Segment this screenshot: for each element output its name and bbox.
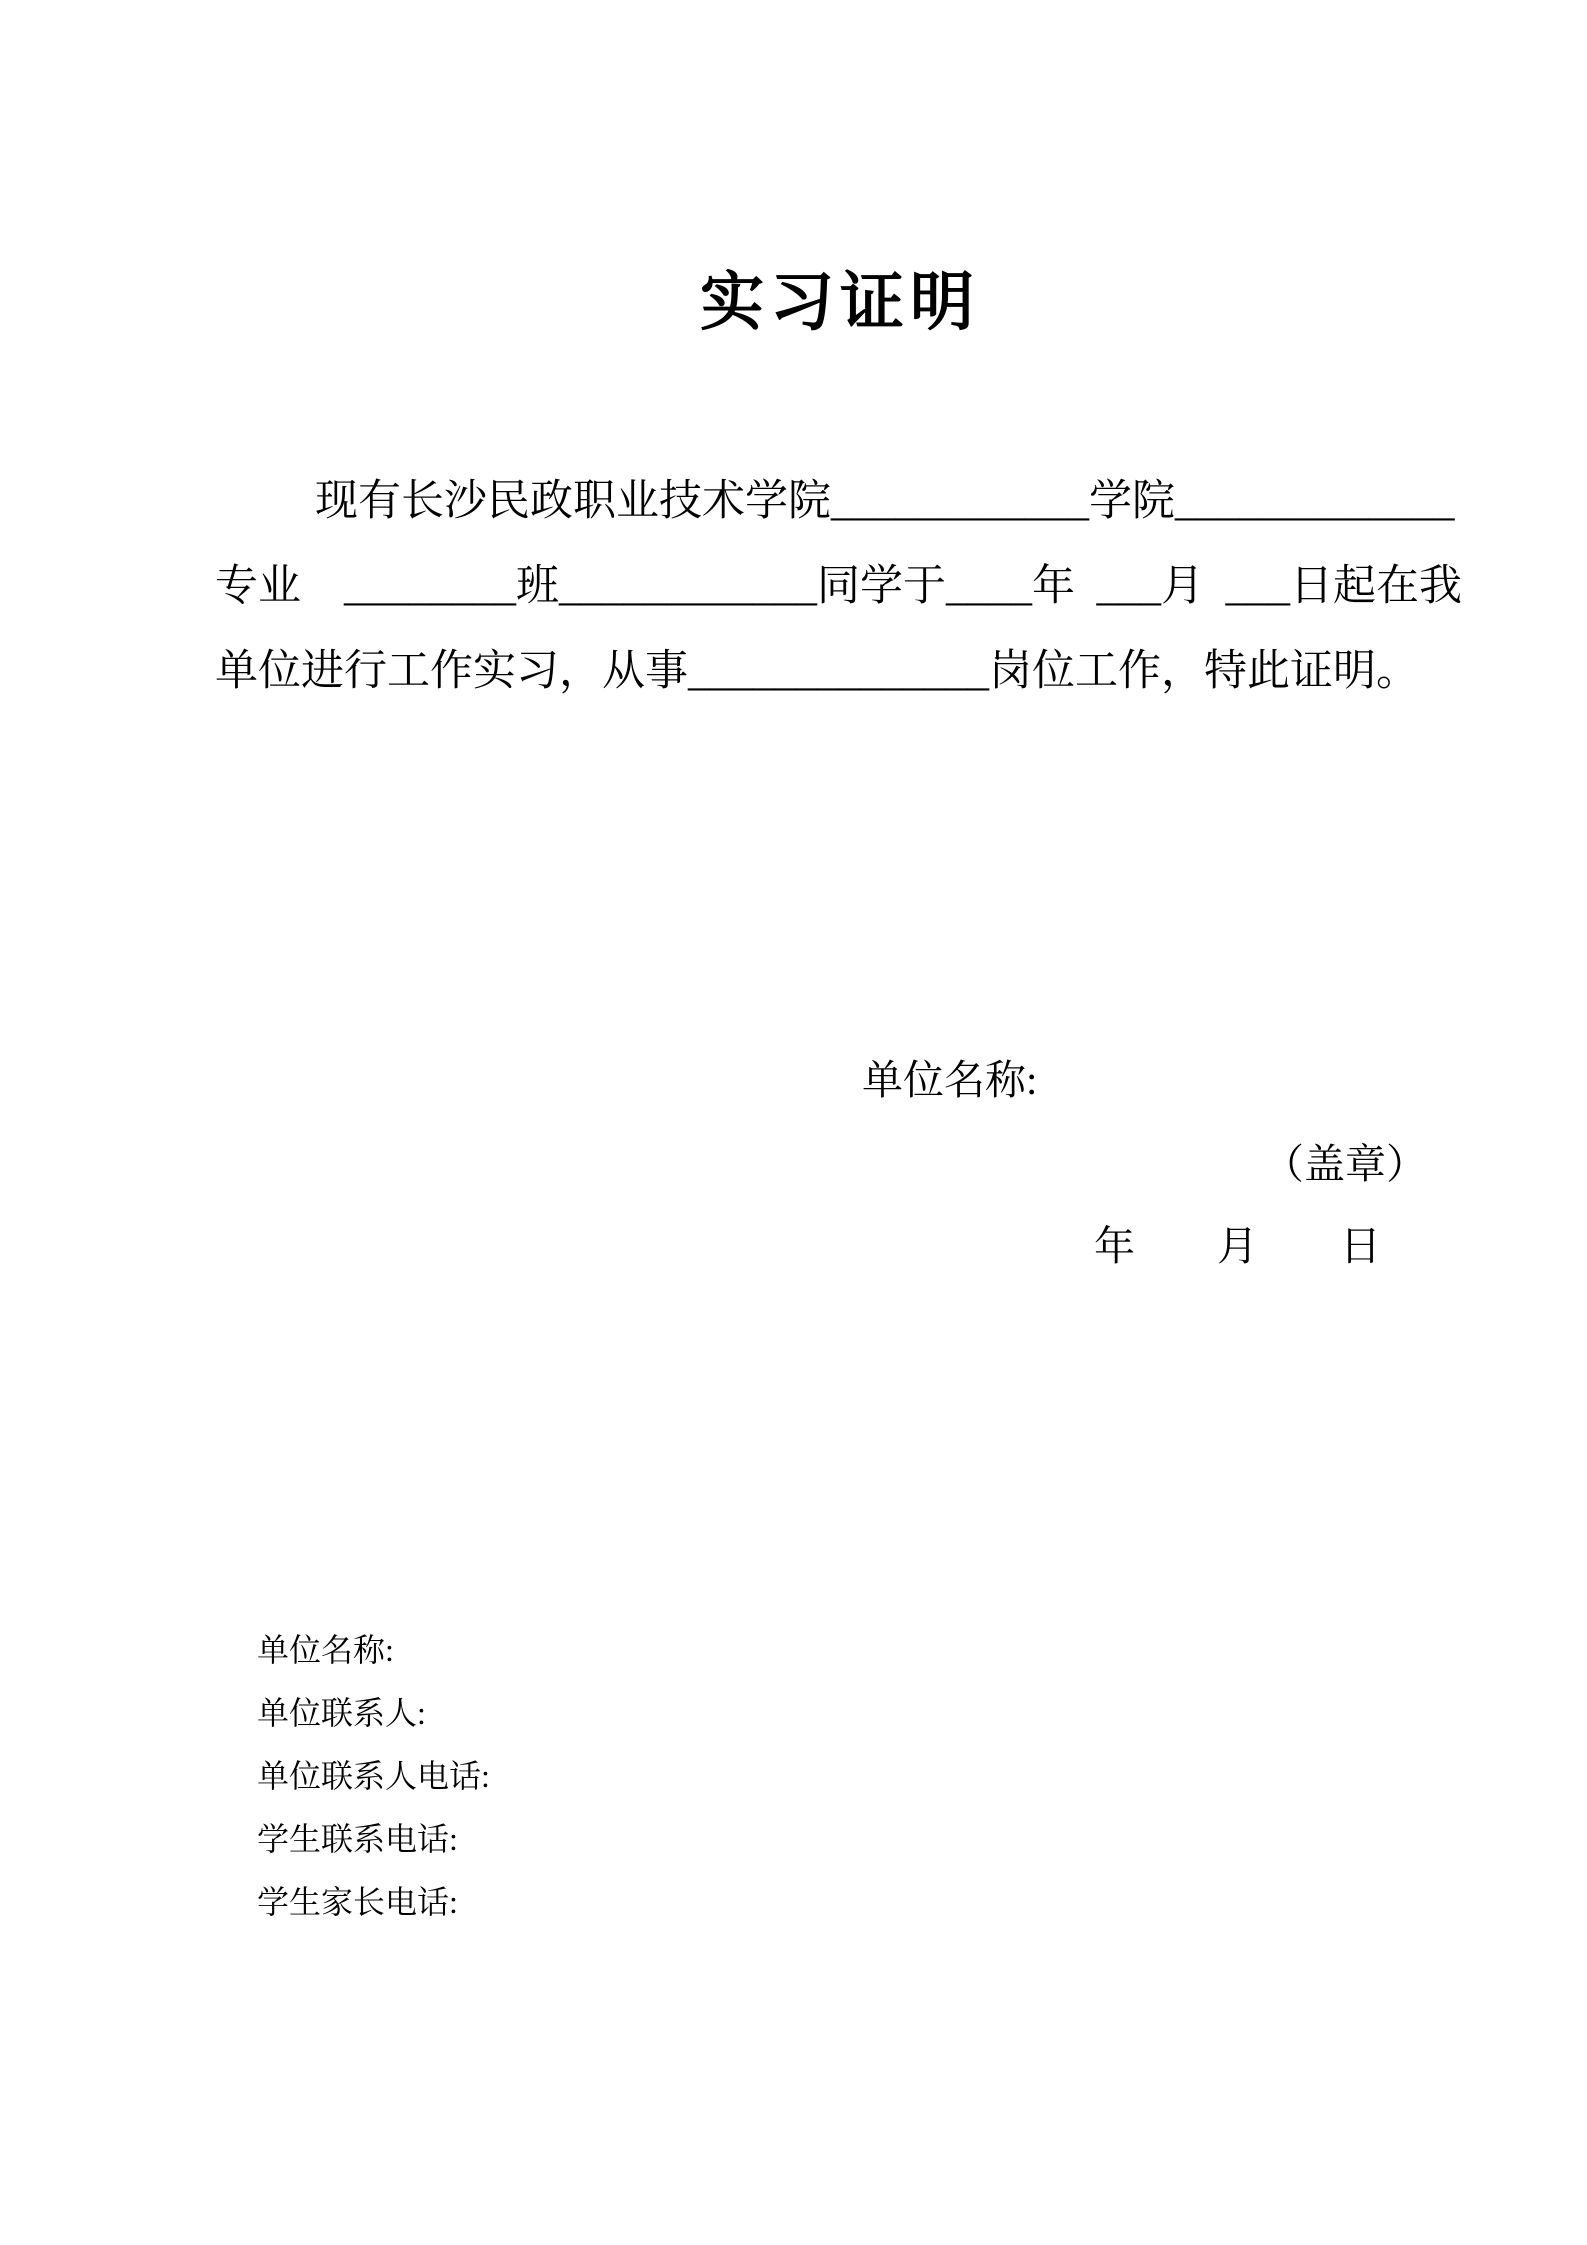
- contact-unit-name-label: 单位名称:: [257, 1619, 490, 1682]
- contact-unit-person-label: 单位联系人:: [257, 1682, 490, 1745]
- signature-seal-label: （盖章）: [1263, 1140, 1427, 1189]
- contact-info-block: 单位名称: 单位联系人: 单位联系人电话: 学生联系电话: 学生家长电话:: [257, 1619, 490, 1934]
- contact-student-phone-label: 学生联系电话:: [257, 1808, 490, 1871]
- certificate-page: 实习证明 现有长沙民政职业技术学院____________学院_________…: [0, 0, 1587, 2245]
- certificate-body: 现有长沙民政职业技术学院____________学院_____________ …: [215, 459, 1527, 714]
- contact-parent-phone-label: 学生家长电话:: [257, 1871, 490, 1934]
- signature-date-label: 年 月 日: [1094, 1222, 1381, 1271]
- signature-unit-name-label: 单位名称:: [862, 1056, 1037, 1105]
- page-title: 实习证明: [215, 266, 1465, 340]
- contact-unit-person-phone-label: 单位联系人电话:: [257, 1745, 490, 1808]
- body-line-school: 现有长沙民政职业技术学院____________学院_____________: [215, 459, 1527, 544]
- body-line-position-statement: 单位进行工作实习，从事______________岗位工作，特此证明。: [215, 629, 1527, 714]
- body-line-major-class-date: 专业 ________班____________同学于____年 ___月 __…: [215, 544, 1527, 629]
